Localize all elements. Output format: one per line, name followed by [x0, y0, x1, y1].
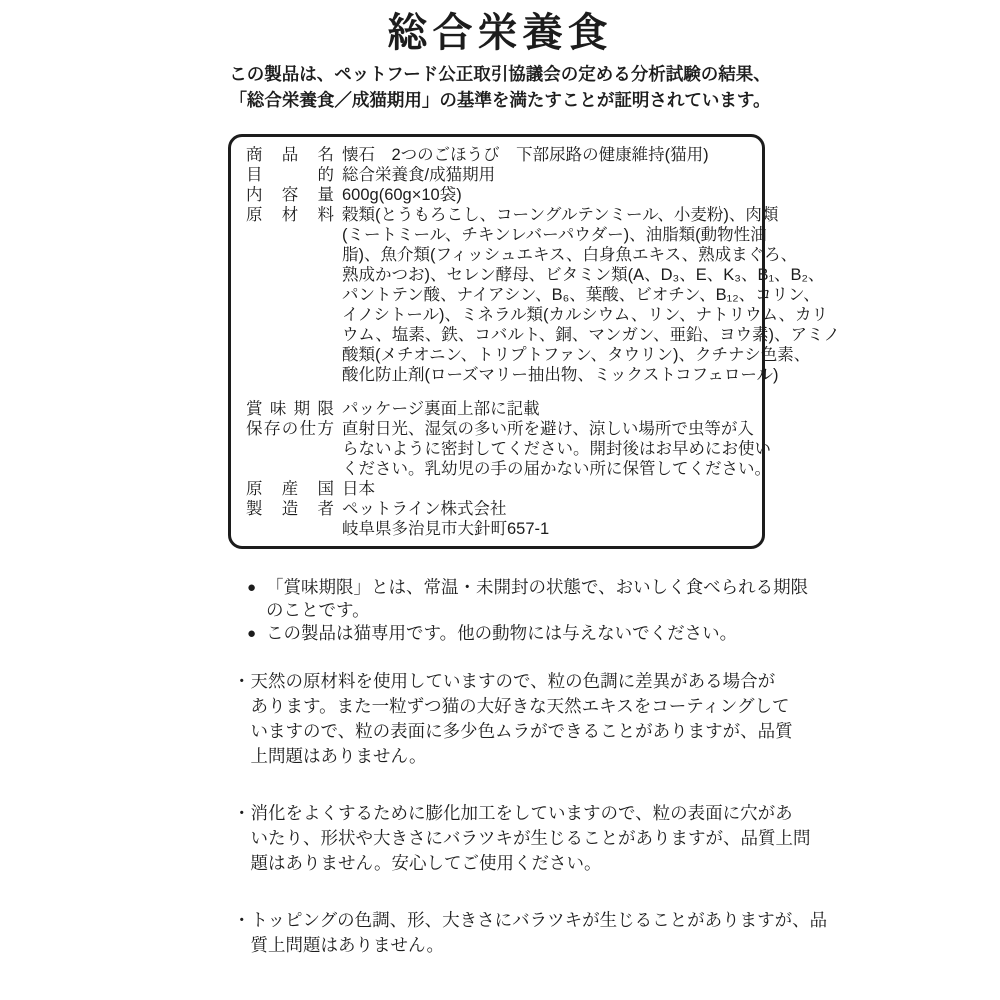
- certification-line: この製品は、ペットフード公正取引協議会の定める分析試験の結果、: [0, 61, 1000, 87]
- note-line: のことです。: [266, 599, 808, 622]
- row-label: 商品名: [246, 145, 334, 165]
- row-label: 原材料: [246, 205, 334, 225]
- row-value: パッケージ裏面上部に記載: [342, 399, 756, 419]
- note-text: 「賞味期限」とは、常温・未開封の状態で、おいしく食べられる期限 のことです。: [266, 576, 808, 622]
- value-line: 懐石 2つのごほうび 下部尿路の健康維持(猫用): [342, 145, 756, 165]
- value-line: 総合栄養食/成猫期用: [342, 165, 756, 185]
- row-value: 日本: [342, 479, 756, 499]
- row-value: 直射日光、湿気の多い所を避け、涼しい場所で虫等が入 らないように密封してください…: [342, 419, 756, 479]
- value-line: 酸化防止剤(ローズマリー抽出物、ミックストコフェロール): [342, 365, 756, 385]
- value-line: らないように密封してください。開封後はお早めにお使い: [342, 439, 756, 459]
- certification-line: 「総合栄養食／成猫期用」の基準を満たすことが証明されています。: [0, 87, 1000, 113]
- value-line: 熟成かつお)、セレン酵母、ビタミン類(A、D₃、E、K₃、B₁、B₂、: [342, 265, 756, 285]
- note-line: 質上問題はありません。: [251, 933, 828, 958]
- value-line: 600g(60g×10袋): [342, 185, 756, 205]
- page-title: 総合栄養食: [0, 0, 1000, 56]
- info-row-country-of-origin: 原産国 日本: [246, 479, 756, 499]
- row-label: 保存の仕方: [246, 419, 334, 439]
- note-text: トッピングの色調、形、大きさにバラツキが生じることがありますが、品 質上問題はあ…: [251, 908, 828, 958]
- value-line: パントテン酸、ナイアシン、B₆、葉酸、ビオチン、B₁₂、コリン、: [342, 285, 756, 305]
- note-line: いたり、形状や大きさにバラツキが生じることがありますが、品質上問: [251, 826, 811, 851]
- info-row-purpose: 目的 総合栄養食/成猫期用: [246, 165, 756, 185]
- note-text: 消化をよくするために膨化加工をしていますので、粒の表面に穴があ いたり、形状や大…: [251, 801, 811, 876]
- note-text: 天然の原材料を使用していますので、粒の色調に差異がある場合が あります。また一粒…: [251, 669, 793, 769]
- info-row-storage: 保存の仕方 直射日光、湿気の多い所を避け、涼しい場所で虫等が入 らないように密封…: [246, 419, 756, 479]
- value-line: 脂)、魚介類(フィッシュエキス、白身魚エキス、熟成まぐろ、: [342, 245, 756, 265]
- row-value: 懐石 2つのごほうび 下部尿路の健康維持(猫用): [342, 145, 756, 165]
- row-value: ペットライン株式会社 岐阜県多治見市大針町657-1: [342, 499, 756, 539]
- row-value: 600g(60g×10袋): [342, 185, 756, 205]
- info-row-ingredients: 原材料 穀類(とうもろこし、コーングルテンミール、小麦粉)、肉類 (ミートミール…: [246, 205, 756, 385]
- value-line: 穀類(とうもろこし、コーングルテンミール、小麦粉)、肉類: [342, 205, 756, 225]
- note-line: 上問題はありません。: [251, 744, 793, 769]
- value-line: ウム、塩素、鉄、コバルト、銅、マンガン、亜鉛、ヨウ素)、アミノ: [342, 325, 756, 345]
- note-natural-ingredients: ・ 天然の原材料を使用していますので、粒の色調に差異がある場合が あります。また…: [233, 669, 1000, 769]
- note-line: いますので、粒の表面に多少色ムラができることがありますが、品質: [251, 719, 793, 744]
- note-line: この製品は猫専用です。他の動物には与えないでください。: [266, 622, 737, 645]
- certification-statement: この製品は、ペットフード公正取引協議会の定める分析試験の結果、 「総合栄養食／成…: [0, 61, 1000, 113]
- value-line: (ミートミール、チキンレバーパウダー)、油脂類(動物性油: [342, 225, 756, 245]
- value-line: パッケージ裏面上部に記載: [342, 399, 756, 419]
- dot-bullet-icon: ・: [233, 669, 251, 694]
- note-line: 消化をよくするために膨化加工をしていますので、粒の表面に穴があ: [251, 801, 811, 826]
- info-row-net-content: 内容量 600g(60g×10袋): [246, 185, 756, 205]
- note-line: 天然の原材料を使用していますので、粒の色調に差異がある場合が: [251, 669, 793, 694]
- row-label: 原産国: [246, 479, 334, 499]
- value-line: 日本: [342, 479, 756, 499]
- disc-bullet-icon: ●: [247, 622, 266, 645]
- value-line: イノシトール)、ミネラル類(カルシウム、リン、ナトリウム、カリ: [342, 305, 756, 325]
- value-line: 酸類(メチオニン、トリプトファン、タウリン)、クチナシ色素、: [342, 345, 756, 365]
- pet-food-label-page: 総合栄養食 この製品は、ペットフード公正取引協議会の定める分析試験の結果、 「総…: [0, 0, 1000, 1000]
- info-row-product-name: 商品名 懐石 2つのごほうび 下部尿路の健康維持(猫用): [246, 145, 756, 165]
- row-label: 目的: [246, 165, 334, 185]
- row-value: 穀類(とうもろこし、コーングルテンミール、小麦粉)、肉類 (ミートミール、チキン…: [342, 205, 756, 385]
- dot-bullet-icon: ・: [233, 801, 251, 826]
- quality-notes-list: ・ 天然の原材料を使用していますので、粒の色調に差異がある場合が あります。また…: [233, 669, 1000, 958]
- value-line: 直射日光、湿気の多い所を避け、涼しい場所で虫等が入: [342, 419, 756, 439]
- note-text: この製品は猫専用です。他の動物には与えないでください。: [266, 622, 737, 645]
- value-line: ペットライン株式会社: [342, 499, 756, 519]
- product-info-box: 商品名 懐石 2つのごほうび 下部尿路の健康維持(猫用) 目的 総合栄養食/成猫…: [228, 134, 765, 549]
- dot-bullet-icon: ・: [233, 908, 251, 933]
- note-line: あります。また一粒ずつ猫の大好きな天然エキスをコーティングして: [251, 694, 793, 719]
- row-label: 製造者: [246, 499, 334, 519]
- info-row-manufacturer: 製造者 ペットライン株式会社 岐阜県多治見市大針町657-1: [246, 499, 756, 539]
- note-line: 題はありません。安心してご使用ください。: [251, 851, 811, 876]
- note-puffing-process: ・ 消化をよくするために膨化加工をしていますので、粒の表面に穴があ いたり、形状…: [233, 801, 1000, 876]
- disc-bullet-icon: ●: [247, 576, 266, 599]
- row-label: 賞味期限: [246, 399, 334, 419]
- note-line: 「賞味期限」とは、常温・未開封の状態で、おいしく食べられる期限: [266, 576, 808, 599]
- row-value: 総合栄養食/成猫期用: [342, 165, 756, 185]
- value-line: ください。乳幼児の手の届かない所に保管してください。: [342, 459, 756, 479]
- note-line: トッピングの色調、形、大きさにバラツキが生じることがありますが、品: [251, 908, 828, 933]
- general-notes-list: ● 「賞味期限」とは、常温・未開封の状態で、おいしく食べられる期限 のことです。…: [247, 576, 1000, 645]
- info-row-best-before: 賞味期限 パッケージ裏面上部に記載: [246, 399, 756, 419]
- note-best-before-definition: ● 「賞味期限」とは、常温・未開封の状態で、おいしく食べられる期限 のことです。: [247, 576, 1000, 622]
- value-line: 岐阜県多治見市大針町657-1: [342, 519, 756, 539]
- note-cat-only: ● この製品は猫専用です。他の動物には与えないでください。: [247, 622, 1000, 645]
- row-label: 内容量: [246, 185, 334, 205]
- note-topping-variation: ・ トッピングの色調、形、大きさにバラツキが生じることがありますが、品 質上問題…: [233, 908, 1000, 958]
